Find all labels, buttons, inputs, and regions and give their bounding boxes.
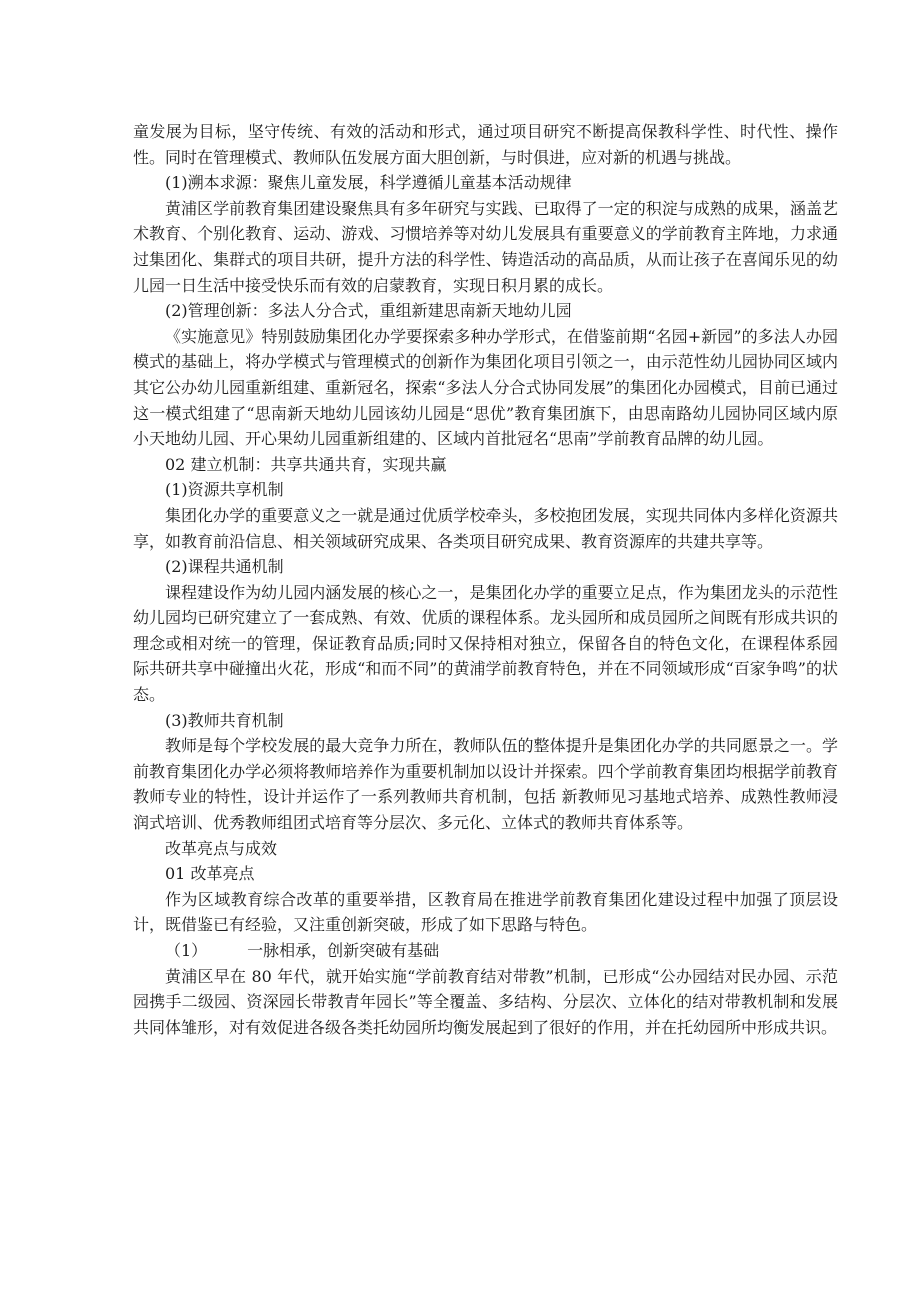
document-body: 童发展为目标，坚守传统、有效的活动和形式，通过项目研究不断提高保教科学性、时代性…: [133, 119, 838, 1040]
section-heading: (2)管理创新：多法人分合式，重组新建思南新天地幼儿园: [133, 298, 838, 324]
body-paragraph: 黄浦区早在 80 年代，就开始实施“学前教育结对带教”机制，已形成“公办园结对民…: [133, 964, 838, 1041]
body-paragraph: 课程建设作为幼儿园内涵发展的核心之一，是集团化办学的重要立足点，作为集团龙头的示…: [133, 580, 838, 708]
body-paragraph: 《实施意见》特别鼓励集团化办学要探索多种办学形式，在借鉴前期“名园+新园”的多法…: [133, 324, 838, 452]
section-heading: (1)溯本求源：聚焦儿童发展，科学遵循儿童基本活动规律: [133, 170, 838, 196]
body-paragraph-continuation: 童发展为目标，坚守传统、有效的活动和形式，通过项目研究不断提高保教科学性、时代性…: [133, 119, 838, 170]
document-page: 童发展为目标，坚守传统、有效的活动和形式，通过项目研究不断提高保教科学性、时代性…: [0, 0, 920, 1301]
section-heading: (1)资源共享机制: [133, 477, 838, 503]
body-paragraph: 作为区域教育综合改革的重要举措，区教育局在推进学前教育集团化建设过程中加强了顶层…: [133, 887, 838, 938]
section-heading: (2)课程共通机制: [133, 554, 838, 580]
section-heading: 01 改革亮点: [133, 861, 838, 887]
section-heading: 改革亮点与成效: [133, 836, 838, 862]
body-paragraph: 集团化办学的重要意义之一就是通过优质学校牵头，多校抱团发展，实现共同体内多样化资…: [133, 503, 838, 554]
body-paragraph: 黄浦区学前教育集团建设聚焦具有多年研究与实践、已取得了一定的积淀与成熟的成果，涵…: [133, 196, 838, 298]
section-heading: 02 建立机制：共享共通共育，实现共赢: [133, 452, 838, 478]
section-heading: （1） 一脉相承，创新突破有基础: [133, 938, 838, 964]
section-heading: (3)教师共育机制: [133, 708, 838, 734]
body-paragraph: 教师是每个学校发展的最大竞争力所在，教师队伍的整体提升是集团化办学的共同愿景之一…: [133, 733, 838, 835]
